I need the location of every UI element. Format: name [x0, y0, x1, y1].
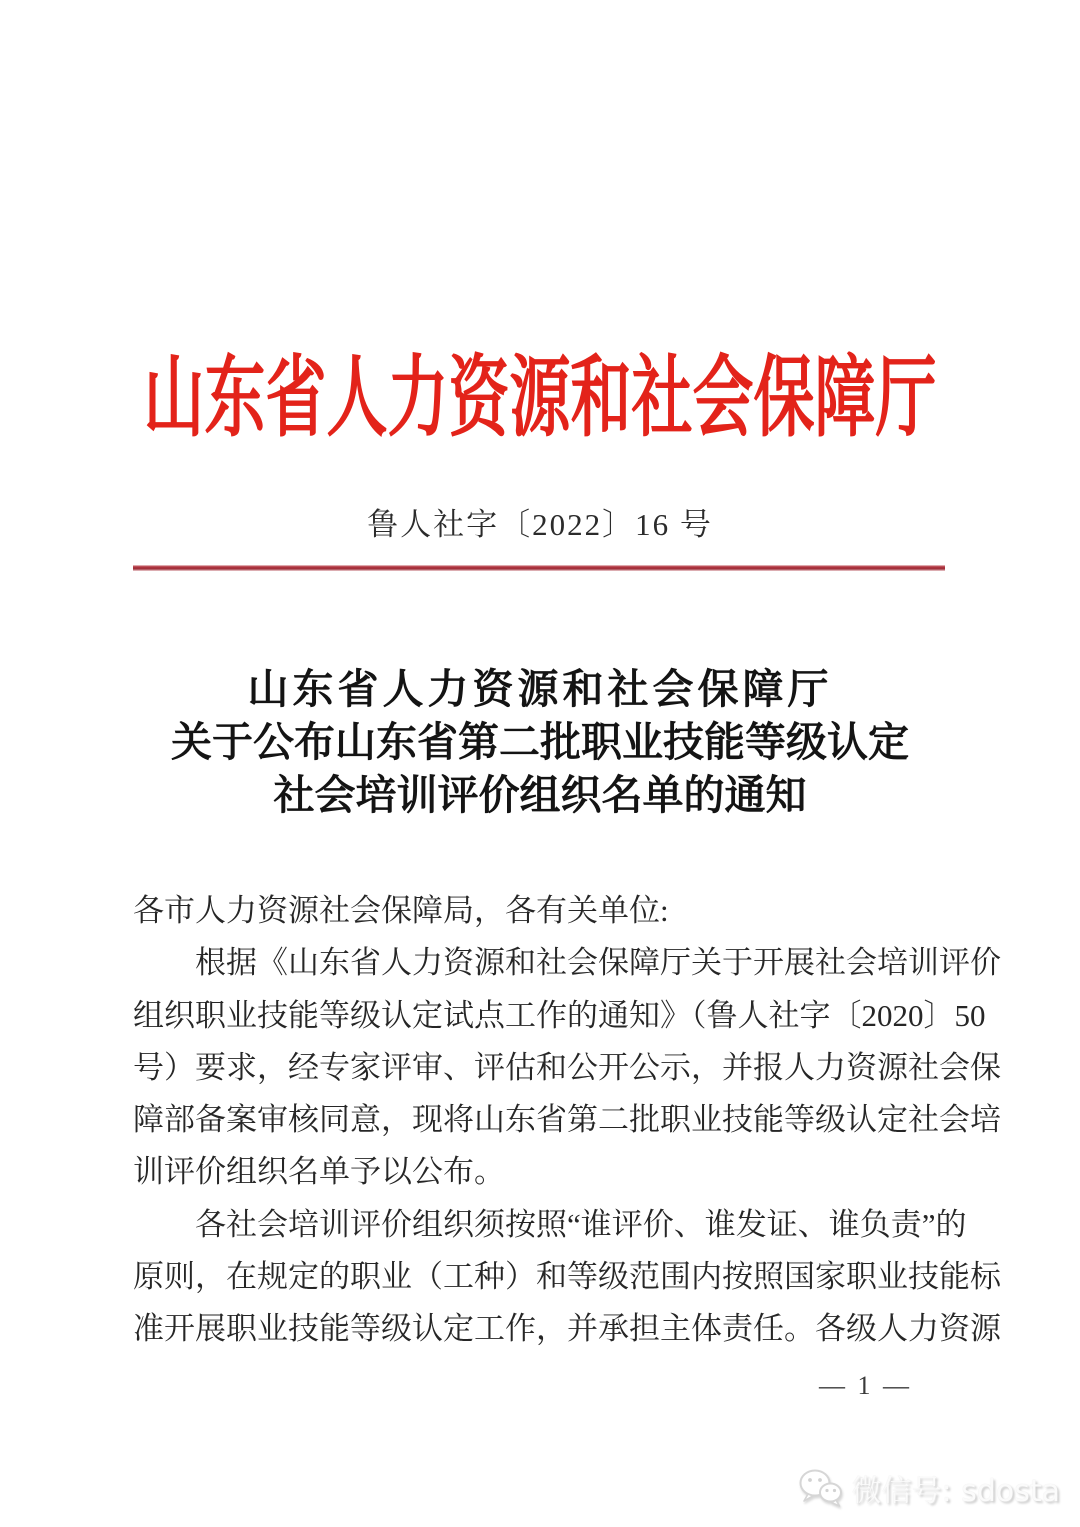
- notice-title-line-1: 山东省人力资源和社会保障厅: [0, 663, 1080, 716]
- document-page: 山东省人力资源和社会保障厅 鲁人社字〔2022〕16 号 山东省人力资源和社会保…: [0, 0, 1080, 1527]
- notice-title-line-3: 社会培训评价组织名单的通知: [0, 769, 1080, 822]
- wechat-icon: [798, 1468, 844, 1508]
- paragraph-1-line-2: 组织职业技能等级认定试点工作的通知》（鲁人社字〔2020〕50: [133, 990, 947, 1042]
- notice-title: 山东省人力资源和社会保障厅 关于公布山东省第二批职业技能等级认定 社会培训评价组…: [0, 663, 1080, 822]
- paragraph-1-line-5: 训评价组织名单予以公布。: [133, 1146, 947, 1198]
- document-body: 各市人力资源社会保障局，各有关单位: 根据《山东省人力资源和社会保障厅关于开展社…: [133, 885, 947, 1356]
- page-number: — 1 —: [819, 1371, 912, 1401]
- wechat-id-label: 微信号: sdosta: [852, 1466, 1060, 1510]
- paragraph-2-line-1: 各社会培训评价组织须按照“谁评价、谁发证、谁负责”的: [133, 1199, 947, 1251]
- paragraph-2-line-3: 准开展职业技能等级认定工作，并承担主体责任。各级人力资源: [133, 1303, 947, 1355]
- paragraph-1-line-4: 障部备案审核同意，现将山东省第二批职业技能等级认定社会培: [133, 1094, 947, 1146]
- notice-title-line-2: 关于公布山东省第二批职业技能等级认定: [0, 716, 1080, 769]
- letterhead-divider: [133, 565, 945, 571]
- salutation: 各市人力资源社会保障局，各有关单位:: [133, 885, 947, 937]
- letterhead-title: 山东省人力资源和社会保障厅: [0, 328, 1080, 454]
- document-number: 鲁人社字〔2022〕16 号: [0, 499, 1080, 544]
- paragraph-1-line-3: 号）要求，经专家评审、评估和公开公示，并报人力资源社会保: [133, 1042, 947, 1094]
- wechat-watermark: 微信号: sdosta: [798, 1466, 1060, 1510]
- paragraph-1-line-1: 根据《山东省人力资源和社会保障厅关于开展社会培训评价: [133, 937, 947, 989]
- paragraph-2-line-2: 原则，在规定的职业（工种）和等级范围内按照国家职业技能标: [133, 1251, 947, 1303]
